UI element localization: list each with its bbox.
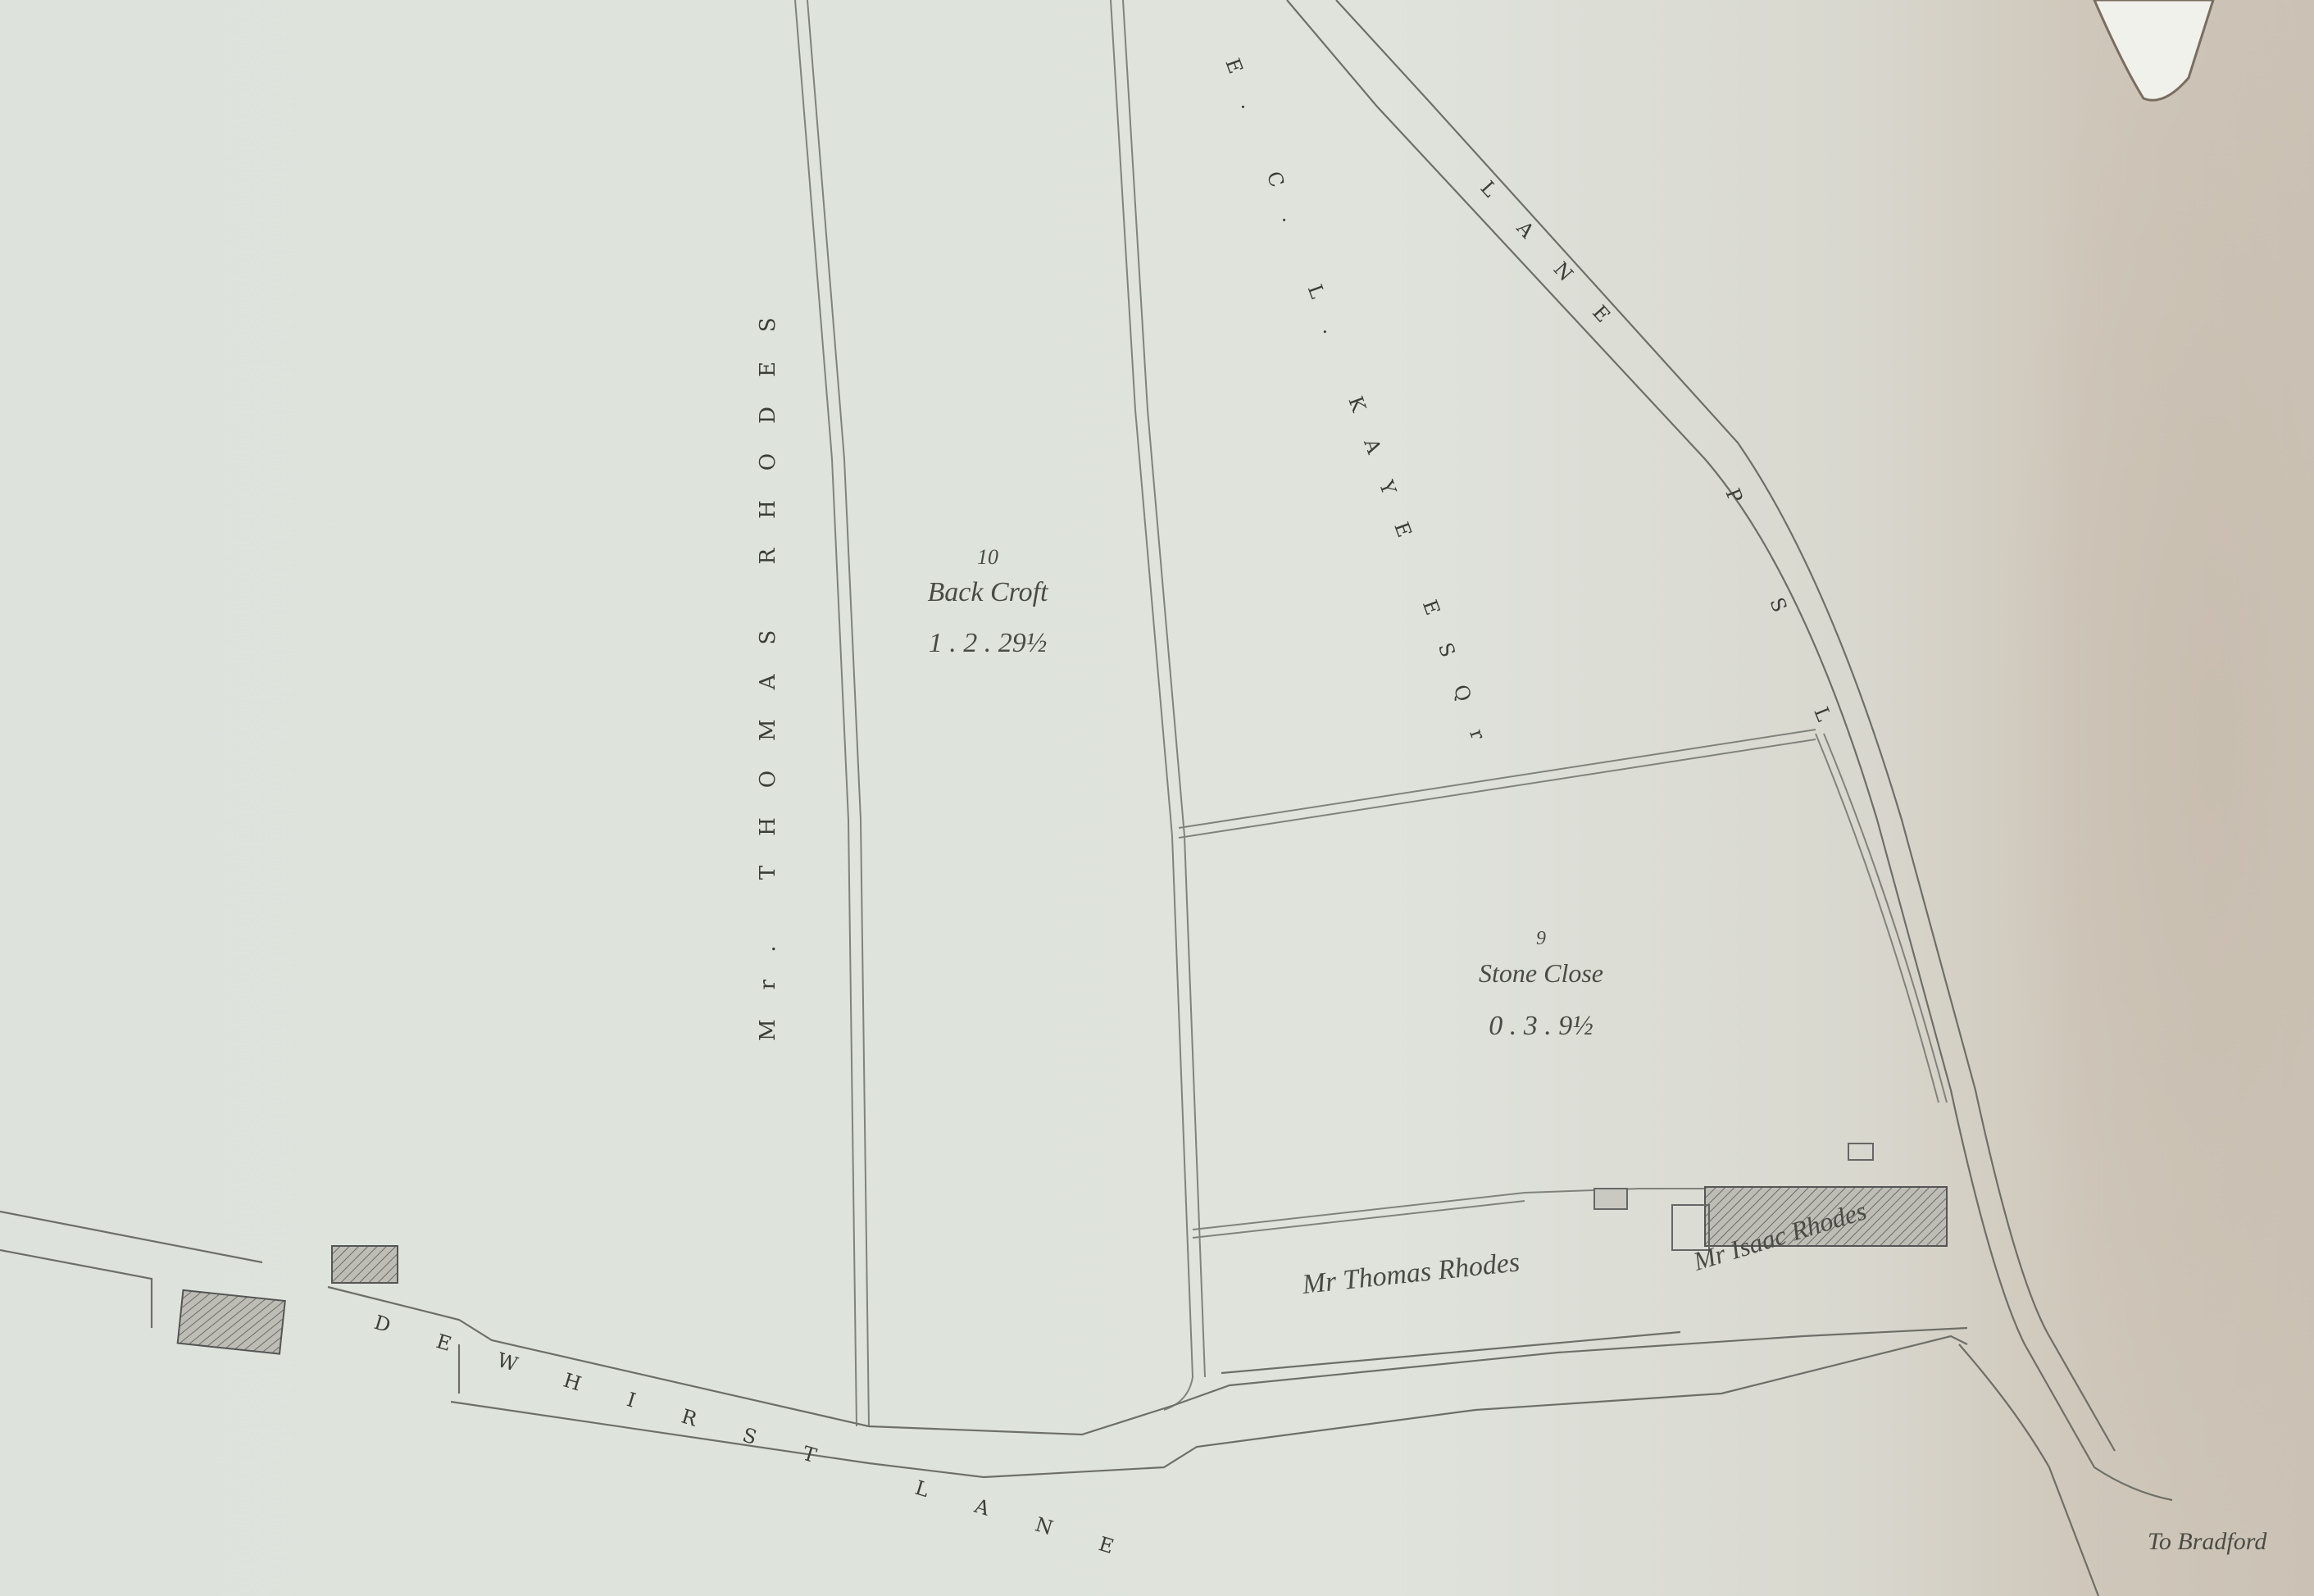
parcel-stone-close: 9 Stone Close 0 . 3 . 9½ bbox=[1479, 928, 1603, 1041]
direction-note: To Bradford bbox=[2148, 1528, 2267, 1555]
parcel-name: Stone Close bbox=[1479, 958, 1603, 988]
parcel-area: 0 . 3 . 9½ bbox=[1489, 1011, 1593, 1041]
map-drawing: Mr. THOMAS RHODES E. C. L. KAYE ESQr LAN… bbox=[0, 0, 2314, 1596]
east-lane-label: LANE bbox=[1476, 176, 1643, 357]
paper-stain bbox=[2000, 0, 2314, 1557]
estate-map: Mr. THOMAS RHODES E. C. L. KAYE ESQr LAN… bbox=[0, 0, 2314, 1596]
parcel-back-croft: 10 Back Croft 1 . 2 . 29½ bbox=[928, 545, 1050, 658]
owner-label-west: Mr. THOMAS RHODES bbox=[756, 288, 780, 1041]
parcel-name: Back Croft bbox=[928, 577, 1050, 607]
parcel-number: 10 bbox=[977, 545, 998, 569]
dewhirst-lane-label: DEWHIRST LANE bbox=[371, 1311, 1163, 1573]
owner-label-north: E. C. L. KAYE ESQr bbox=[1221, 55, 1500, 771]
parcel-number: 9 bbox=[1536, 928, 1546, 949]
parcel-area: 1 . 2 . 29½ bbox=[929, 628, 1048, 658]
owner-label-thomas-rhodes: Mr Thomas Rhodes bbox=[1300, 1247, 1521, 1300]
dewhirst-lane bbox=[0, 1212, 1967, 1477]
buildings bbox=[178, 1144, 1947, 1354]
